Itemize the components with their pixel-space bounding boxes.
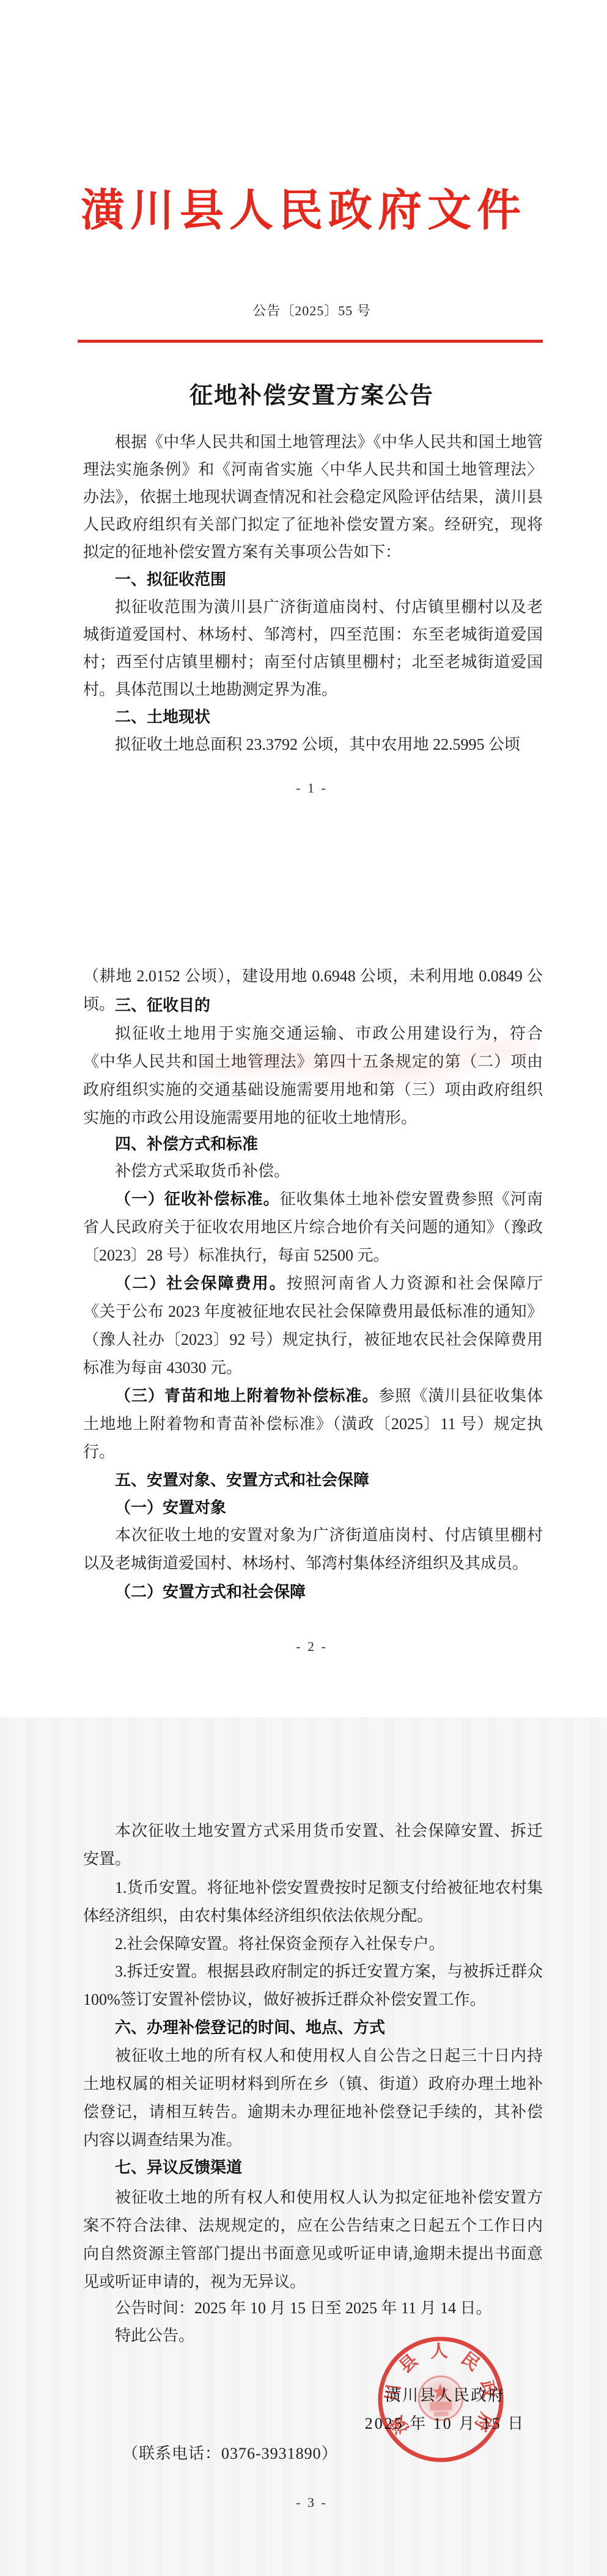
text-run: 根据《中华人民共和国土地管理法》《中华人民共和国土地管理法实施条例》和《河南省实… bbox=[83, 433, 543, 561]
text-run: 2.社会保障安置。将社保资金预存入社保专户。 bbox=[115, 1935, 445, 1953]
bold-run: 四、补偿方式和标准 bbox=[115, 1135, 258, 1153]
section-heading: （一）安置对象 bbox=[83, 1493, 543, 1521]
bold-run: 一、拟征收范围 bbox=[115, 570, 226, 588]
section-heading: （二）安置方式和社会保障 bbox=[83, 1578, 543, 1606]
seal-bleed-through bbox=[182, 1025, 539, 1105]
bold-run: 二、土地现状 bbox=[115, 708, 210, 726]
text-run: 被征收土地的所有权人和使用权人认为拟定征地补偿安置方案不符合法律、法规规定的，应… bbox=[83, 2189, 543, 2291]
text-run: 被征收土地的所有权人和使用权人自公告之日起三十日内持土地权属的相关证明材料到所在… bbox=[83, 2047, 543, 2149]
text-run: 本次征收土地的安置对象为广济街道庙岗村、付店镇里棚村以及老城街道爱国村、林场村、… bbox=[83, 1526, 543, 1572]
paragraph: 2.社会保障安置。将社保资金预存入社保专户。 bbox=[83, 1930, 543, 1958]
page-number: - 2 - bbox=[83, 1639, 541, 1655]
document-title: 征地补偿安置方案公告 bbox=[83, 376, 541, 410]
paragraph: 根据《中华人民共和国土地管理法》《中华人民共和国土地管理法实施条例》和《河南省实… bbox=[83, 428, 543, 566]
bold-run: （一）安置对象 bbox=[115, 1498, 226, 1517]
bold-run: （三）青苗和地上附着物补偿标准。 bbox=[115, 1386, 378, 1405]
bold-run: 七、异议反馈渠道 bbox=[115, 2158, 242, 2176]
paragraph: 公告时间：2025 年 10 月 15 日至 2025 年 11 月 14 日。 bbox=[83, 2294, 543, 2322]
section-heading: 七、异议反馈渠道 bbox=[83, 2153, 543, 2181]
document-header-title: 潢川县人民政府文件 bbox=[49, 175, 558, 238]
paragraph: 被征收土地的所有权人和使用权人认为拟定征地补偿安置方案不符合法律、法规规定的，应… bbox=[83, 2184, 543, 2296]
bold-run: 三、征收目的 bbox=[115, 996, 210, 1014]
text-run: 公告时间：2025 年 10 月 15 日至 2025 年 11 月 14 日。 bbox=[115, 2299, 492, 2317]
text-run: 拟征收范围为潢川县广济街道庙岗村、付店镇里棚村以及老城街道爱国村、林场村、邹湾村… bbox=[83, 598, 543, 698]
section-heading: 二、土地现状 bbox=[83, 703, 543, 731]
paragraph: 本次征收土地安置方式采用货币安置、社会保障安置、拆迁安置。 bbox=[83, 1817, 543, 1873]
issue-date: 2025 年 10 月 15 日 bbox=[338, 2411, 552, 2434]
section-heading: 一、拟征收范围 bbox=[83, 566, 543, 593]
paragraph: 被征收土地的所有权人和使用权人自公告之日起三十日内持土地权属的相关证明材料到所在… bbox=[83, 2042, 543, 2154]
paragraph: 拟征收土地总面积 23.3792 公顷，其中农用地 22.5995 公顷 bbox=[83, 731, 543, 758]
red-divider-line bbox=[78, 340, 543, 343]
page-number: - 3 - bbox=[83, 2495, 541, 2511]
issuer-name: 潢川县人民政府 bbox=[342, 2383, 548, 2406]
text-run: 本次征收土地安置方式采用货币安置、社会保障安置、拆迁安置。 bbox=[83, 1822, 543, 1868]
bold-run: （一）征收补偿标准。 bbox=[115, 1190, 280, 1208]
text-run: 拟征收土地总面积 23.3792 公顷，其中农用地 22.5995 公顷 bbox=[115, 736, 520, 753]
page-number: - 1 - bbox=[83, 780, 541, 796]
bold-run: 六、办理补偿登记的时间、地点、方式 bbox=[115, 2018, 385, 2036]
document-number: 公告〔2025〕55 号 bbox=[83, 301, 541, 320]
section-heading: 四、补偿方式和标准 bbox=[83, 1130, 543, 1158]
section-heading: 三、征收目的 bbox=[83, 991, 543, 1019]
bold-run: （二）安置方式和社会保障 bbox=[115, 1583, 306, 1601]
paragraph: 补偿方式采取货币补偿。 bbox=[83, 1157, 543, 1185]
section-heading: 六、办理补偿登记的时间、地点、方式 bbox=[83, 2013, 543, 2041]
contact-phone: （联系电话：0376-3931890） bbox=[122, 2441, 489, 2464]
scanned-official-document: 潢川县人民政府文件 公告〔2025〕55 号 征地补偿安置方案公告 根据《中华人… bbox=[0, 0, 607, 2576]
text-run: 1.货币安置。将征地补偿安置费按时足额支付给被征地农村集体经济组织，由农村集体经… bbox=[83, 1879, 543, 1925]
paragraph: 3.拆迁安置。根据县政府制定的拆迁安置方案，与被拆迁群众 100%签订安置补偿协… bbox=[83, 1958, 543, 2014]
section-heading: 五、安置对象、安置方式和社会保障 bbox=[83, 1466, 543, 1494]
seal-arc-char: 人 bbox=[430, 2341, 448, 2362]
bold-run: 五、安置对象、安置方式和社会保障 bbox=[115, 1471, 369, 1489]
text-run: 3.拆迁安置。根据县政府制定的拆迁安置方案，与被拆迁群众 100%签订安置补偿协… bbox=[83, 1963, 543, 2008]
bold-run: （二）社会保障费用。 bbox=[115, 1274, 287, 1292]
paragraph: （一）征收补偿标准。征收集体土地补偿安置费参照《河南省人民政府关于征收农用地区片… bbox=[83, 1185, 543, 1270]
paragraph: 拟征收范围为潢川县广济街道庙岗村、付店镇里棚村以及老城街道爱国村、林场村、邹湾村… bbox=[83, 593, 543, 703]
paragraph: （二）社会保障费用。按照河南省人力资源和社会保障厅《关于公布 2023 年度被征… bbox=[83, 1269, 543, 1382]
paragraph: 1.货币安置。将征地补偿安置费按时足额支付给被征地农村集体经济组织，由农村集体经… bbox=[83, 1874, 543, 1930]
paragraph: 本次征收土地的安置对象为广济街道庙岗村、付店镇里棚村以及老城街道爱国村、林场村、… bbox=[83, 1521, 543, 1578]
text-run: 补偿方式采取货币补偿。 bbox=[115, 1162, 290, 1180]
paragraph: （三）青苗和地上附着物补偿标准。参照《潢川县征收集体土地地上附着物和青苗补偿标准… bbox=[83, 1381, 543, 1466]
text-run: 特此公告。 bbox=[115, 2327, 194, 2344]
